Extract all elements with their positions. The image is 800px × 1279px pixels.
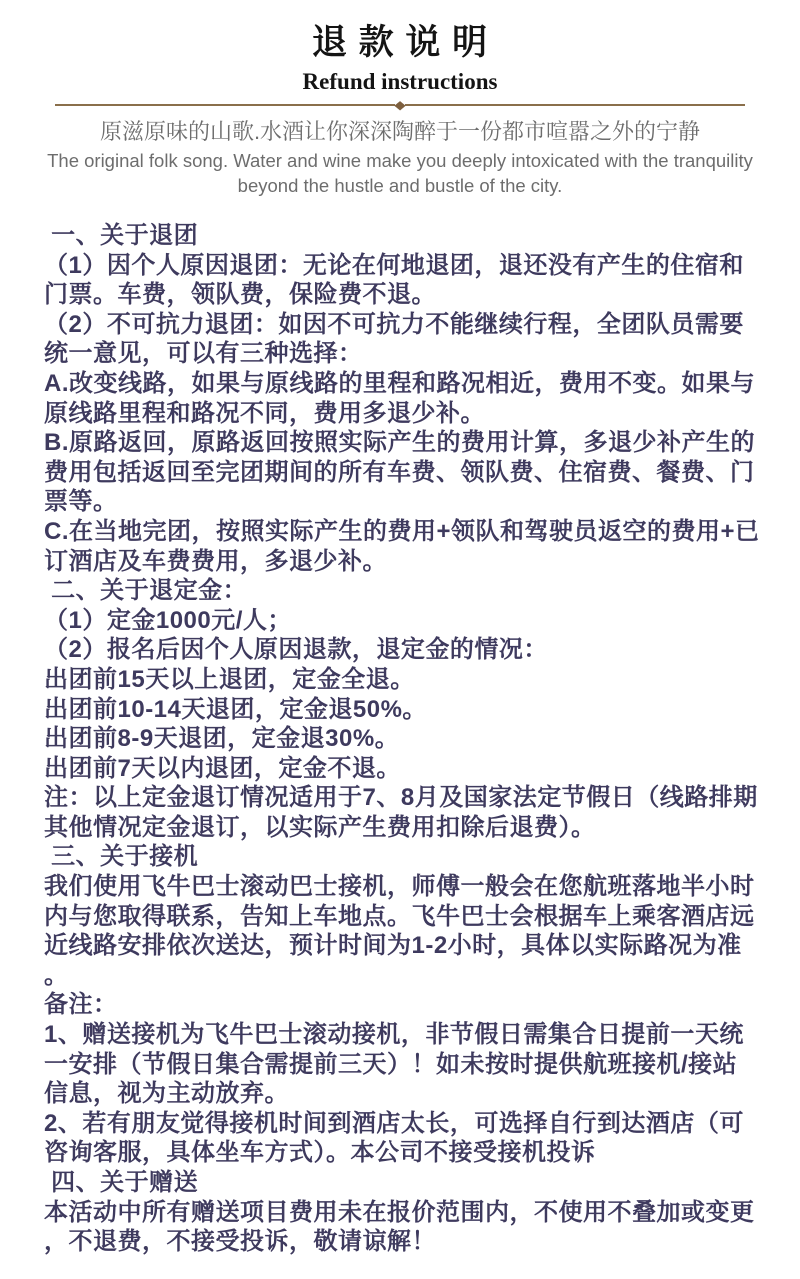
divider-line-right	[405, 104, 745, 106]
page-subtitle-english: Refund instructions	[0, 68, 800, 95]
body-line: 注：以上定金退订情况适用于7、8月及国家法定节假日（线路排期	[44, 783, 764, 813]
body-line: 本活动中所有赠送项目费用未在报价范围内，不使用不叠加或变更	[44, 1198, 764, 1228]
body-line: 三、关于接机	[44, 842, 764, 872]
body-line: C.在当地完团，按照实际产生的费用+领队和驾驶员返空的费用+已	[44, 517, 764, 547]
diamond-icon: ◆	[394, 100, 406, 110]
body-line: 我们使用飞牛巴士滚动巴士接机，师傅一般会在您航班落地半小时	[44, 872, 764, 902]
body-line: 出团前8-9天退团，定金退30%。	[44, 724, 764, 754]
tagline-english-line1: The original folk song. Water and wine m…	[0, 148, 800, 173]
refund-instructions-page: 退 款 说 明 Refund instructions ◆ 原滋原味的山歌.水酒…	[0, 0, 800, 1279]
body-line: 咨询客服，具体坐车方式）。本公司不接受接机投诉	[44, 1138, 764, 1168]
body-line: 订酒店及车费费用，多退少补。	[44, 547, 764, 577]
body-line: 一、关于退团	[44, 221, 764, 251]
body-line: （2）不可抗力退团：如因不可抗力不能继续行程，全团队员需要	[44, 310, 764, 340]
body-line: 备注：	[44, 990, 764, 1020]
body-line: 原线路里程和路况不同，费用多退少补。	[44, 399, 764, 429]
body-line: 出团前10-14天退团，定金退50%。	[44, 695, 764, 725]
body-line: 费用包括返回至完团期间的所有车费、领队费、住宿费、餐费、门	[44, 458, 764, 488]
body-line: 其他情况定金退订，以实际产生费用扣除后退费）。	[44, 813, 764, 843]
body-line: （1）因个人原因退团：无论在何地退团，退还没有产生的住宿和	[44, 251, 764, 281]
body-line: 信息，视为主动放弃。	[44, 1079, 764, 1109]
body-line: （1）定金1000元/人；	[44, 606, 764, 636]
tagline-chinese: 原滋原味的山歌.水酒让你深深陶醉于一份都市喧嚣之外的宁静	[0, 118, 800, 145]
body-line: 四、关于赠送	[44, 1168, 764, 1198]
body-line: 2、若有朋友觉得接机时间到酒店太长，可选择自行到达酒店（可	[44, 1109, 764, 1139]
body-line: A.改变线路，如果与原线路的里程和路况相近，费用不变。如果与	[44, 369, 764, 399]
body-line: 内与您取得联系，告知上车地点。飞牛巴士会根据车上乘客酒店远	[44, 902, 764, 932]
body-line: 出团前7天以内退团，定金不退。	[44, 754, 764, 784]
body-line: 门票。车费，领队费，保险费不退。	[44, 280, 764, 310]
body-line: ，不退费，不接受投诉，敬请谅解！	[44, 1227, 764, 1257]
page-title: 退 款 说 明	[0, 22, 800, 64]
body-line: 统一意见，可以有三种选择：	[44, 339, 764, 369]
section-divider: ◆	[55, 99, 745, 111]
body-line: 票等。	[44, 487, 764, 517]
refund-body-text: 一、关于退团（1）因个人原因退团：无论在何地退团，退还没有产生的住宿和门票。车费…	[44, 221, 764, 1257]
body-line: B.原路返回，原路返回按照实际产生的费用计算，多退少补产生的	[44, 428, 764, 458]
divider-line-left	[55, 104, 395, 106]
body-line: 一安排（节假日集合需提前三天）！如未按时提供航班接机/接站	[44, 1050, 764, 1080]
body-line: 二、关于退定金：	[44, 576, 764, 606]
body-line: 近线路安排依次送达，预计时间为1-2小时，具体以实际路况为准	[44, 931, 764, 961]
body-line: 出团前15天以上退团，定金全退。	[44, 665, 764, 695]
body-line: （2）报名后因个人原因退款，退定金的情况：	[44, 635, 764, 665]
body-line: 。	[44, 961, 764, 991]
tagline-english-line2: beyond the hustle and bustle of the city…	[0, 173, 800, 198]
body-line: 1、赠送接机为飞牛巴士滚动接机，非节假日需集合日提前一天统	[44, 1020, 764, 1050]
